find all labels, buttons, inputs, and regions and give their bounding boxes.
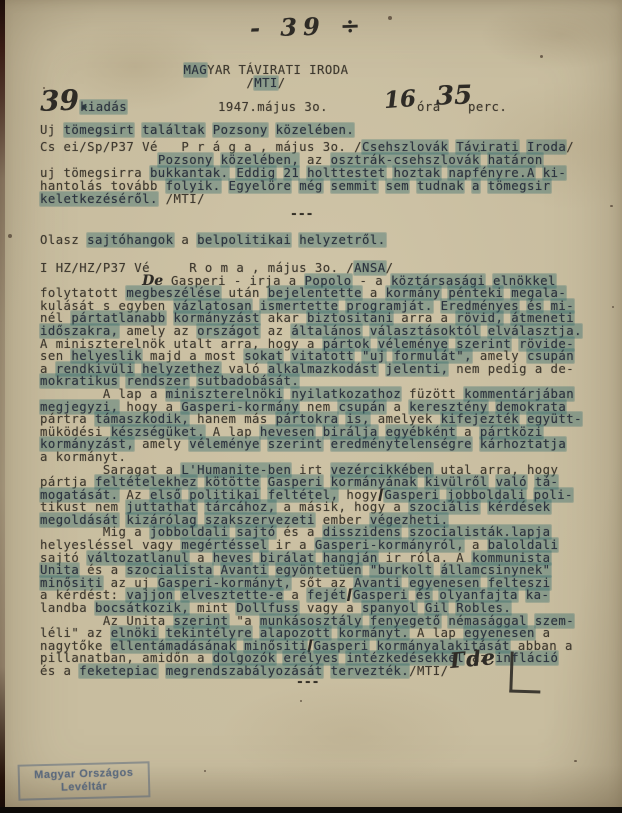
highlighted-word: jelenti, xyxy=(386,362,449,376)
highlighted-word: Pozsony xyxy=(213,123,268,137)
text-line: Olasz sajtóhangok a belpolitikai helyzet… xyxy=(40,234,386,247)
highlighted-word: szerint xyxy=(268,437,323,451)
highlighted-word: kiadás xyxy=(80,100,127,114)
rome-report-paragraph: I HZ/HZ/P37 Vé R o m a , május 3o. /ANSA… xyxy=(40,262,582,678)
minute-label: perc. xyxy=(468,101,507,114)
highlighted-word: spanyol xyxy=(362,601,417,615)
highlighted-word: való xyxy=(496,475,527,489)
date-line: 1947.május 3o. xyxy=(218,101,328,114)
highlighted-word: semmit xyxy=(331,179,378,193)
highlighted-word: Távirati xyxy=(456,140,519,154)
page-number-mark: - 39 ÷ xyxy=(250,10,367,42)
text-line: perc. xyxy=(468,101,507,114)
ink-speck xyxy=(610,205,613,207)
highlighted-word: kérdések xyxy=(488,500,551,514)
highlighted-word: véleménye xyxy=(189,437,260,451)
italian-press-heading: Olasz sajtóhangok a belpolitikai helyzet… xyxy=(40,234,386,247)
highlighted-word: Egyelöre xyxy=(229,179,292,193)
highlighted-word: találtak xyxy=(142,123,205,137)
highlighted-word: választásoktól xyxy=(370,324,480,338)
highlighted-word: helyzetről. xyxy=(299,233,385,247)
highlighted-word: kárhoztatja xyxy=(480,437,566,451)
text-line: /MTI/ xyxy=(136,77,396,90)
highlighted-word: Robles. xyxy=(456,601,511,615)
highlighted-word: tömegsir xyxy=(488,179,551,193)
highlighted-word: közelében, xyxy=(221,153,300,167)
highlighted-word: MTI xyxy=(254,76,278,90)
edition-label: kiadás xyxy=(80,101,127,114)
highlighted-word: osztrák-csehszlovák xyxy=(331,153,480,167)
ink-speck xyxy=(204,770,206,772)
ink-speck xyxy=(388,16,392,20)
ink-speck xyxy=(300,700,302,702)
paper-stain xyxy=(480,0,622,70)
highlighted-word: elválasztja. xyxy=(488,324,582,338)
highlighted-word: sajtóhangok xyxy=(87,233,173,247)
ink-speck xyxy=(612,306,614,308)
scan-edge-left xyxy=(0,0,5,813)
separator-dashes: --- xyxy=(290,208,313,221)
text-line: helyesléssel vagy megértéssel ir a Gaspe… xyxy=(40,539,582,552)
hour-handwritten: 16 xyxy=(383,85,417,114)
separator-dashes: --- xyxy=(296,676,319,689)
highlighted-word: tömegsirt xyxy=(64,123,135,137)
scan-edge-bottom xyxy=(0,807,622,813)
highlighted-word: miniszterelnöki xyxy=(166,387,284,401)
highlighted-word: MAG xyxy=(184,63,208,77)
text-line: kiadás xyxy=(80,101,127,114)
ink-speck xyxy=(574,760,577,762)
highlighted-word: határon xyxy=(488,153,543,167)
handwritten-l-mark xyxy=(509,651,541,693)
prague-report-paragraph: Cs ei/Sp/P37 Vé P r á g a , május 3o. /C… xyxy=(40,141,574,206)
highlighted-word: eredménytelenségre xyxy=(331,437,472,451)
highlighted-word: belpolitikai xyxy=(197,233,291,247)
highlighted-word: ka- xyxy=(526,588,550,602)
text-line: 1947.május 3o. xyxy=(218,101,328,114)
scanned-document-page: - 39 ÷ MAGYAR TÁVIRATI IRODA/MTI/ 39. ki… xyxy=(0,0,622,813)
ink-speck xyxy=(8,234,12,238)
highlighted-word: Gasperi xyxy=(268,475,323,489)
highlighted-word: kommentárjában xyxy=(464,387,574,401)
ink-speck xyxy=(540,55,543,58)
highlighted-word: tá- xyxy=(535,475,559,489)
highlighted-word: sem xyxy=(386,179,410,193)
headline: Uj tömegsirt találtak Pozsony közelében. xyxy=(40,124,354,137)
text-line: keletkezéséről. /MTI/ xyxy=(40,193,574,206)
highlighted-word: a xyxy=(472,179,480,193)
highlighted-word: kötötte xyxy=(205,475,260,489)
highlighted-word: közelében. xyxy=(276,123,355,137)
text-line: pártra támaszkodik, hanem más pártokra i… xyxy=(40,413,582,426)
archive-stamp: Magyar Országos Levéltár xyxy=(18,761,151,800)
highlighted-word: Pozsony xyxy=(158,153,213,167)
highlighted-word: baloldali xyxy=(488,538,559,552)
agency-title: MAGYAR TÁVIRATI IRODA/MTI/ xyxy=(136,64,396,90)
handwritten-de-mark: Γde xyxy=(449,644,497,673)
highlighted-word: keletkezéséről. xyxy=(40,192,158,206)
highlighted-word: tervezték. xyxy=(331,664,410,678)
highlighted-word: feketepiac xyxy=(79,664,158,678)
highlighted-word: Csehszlovák xyxy=(362,140,448,154)
highlighted-word: még xyxy=(299,179,323,193)
highlighted-word: Iroda xyxy=(527,140,566,154)
highlighted-word: tudnak xyxy=(417,179,464,193)
text-line: Uj tömegsirt találtak Pozsony közelében. xyxy=(40,124,354,137)
highlighted-word: kivülről xyxy=(425,475,488,489)
